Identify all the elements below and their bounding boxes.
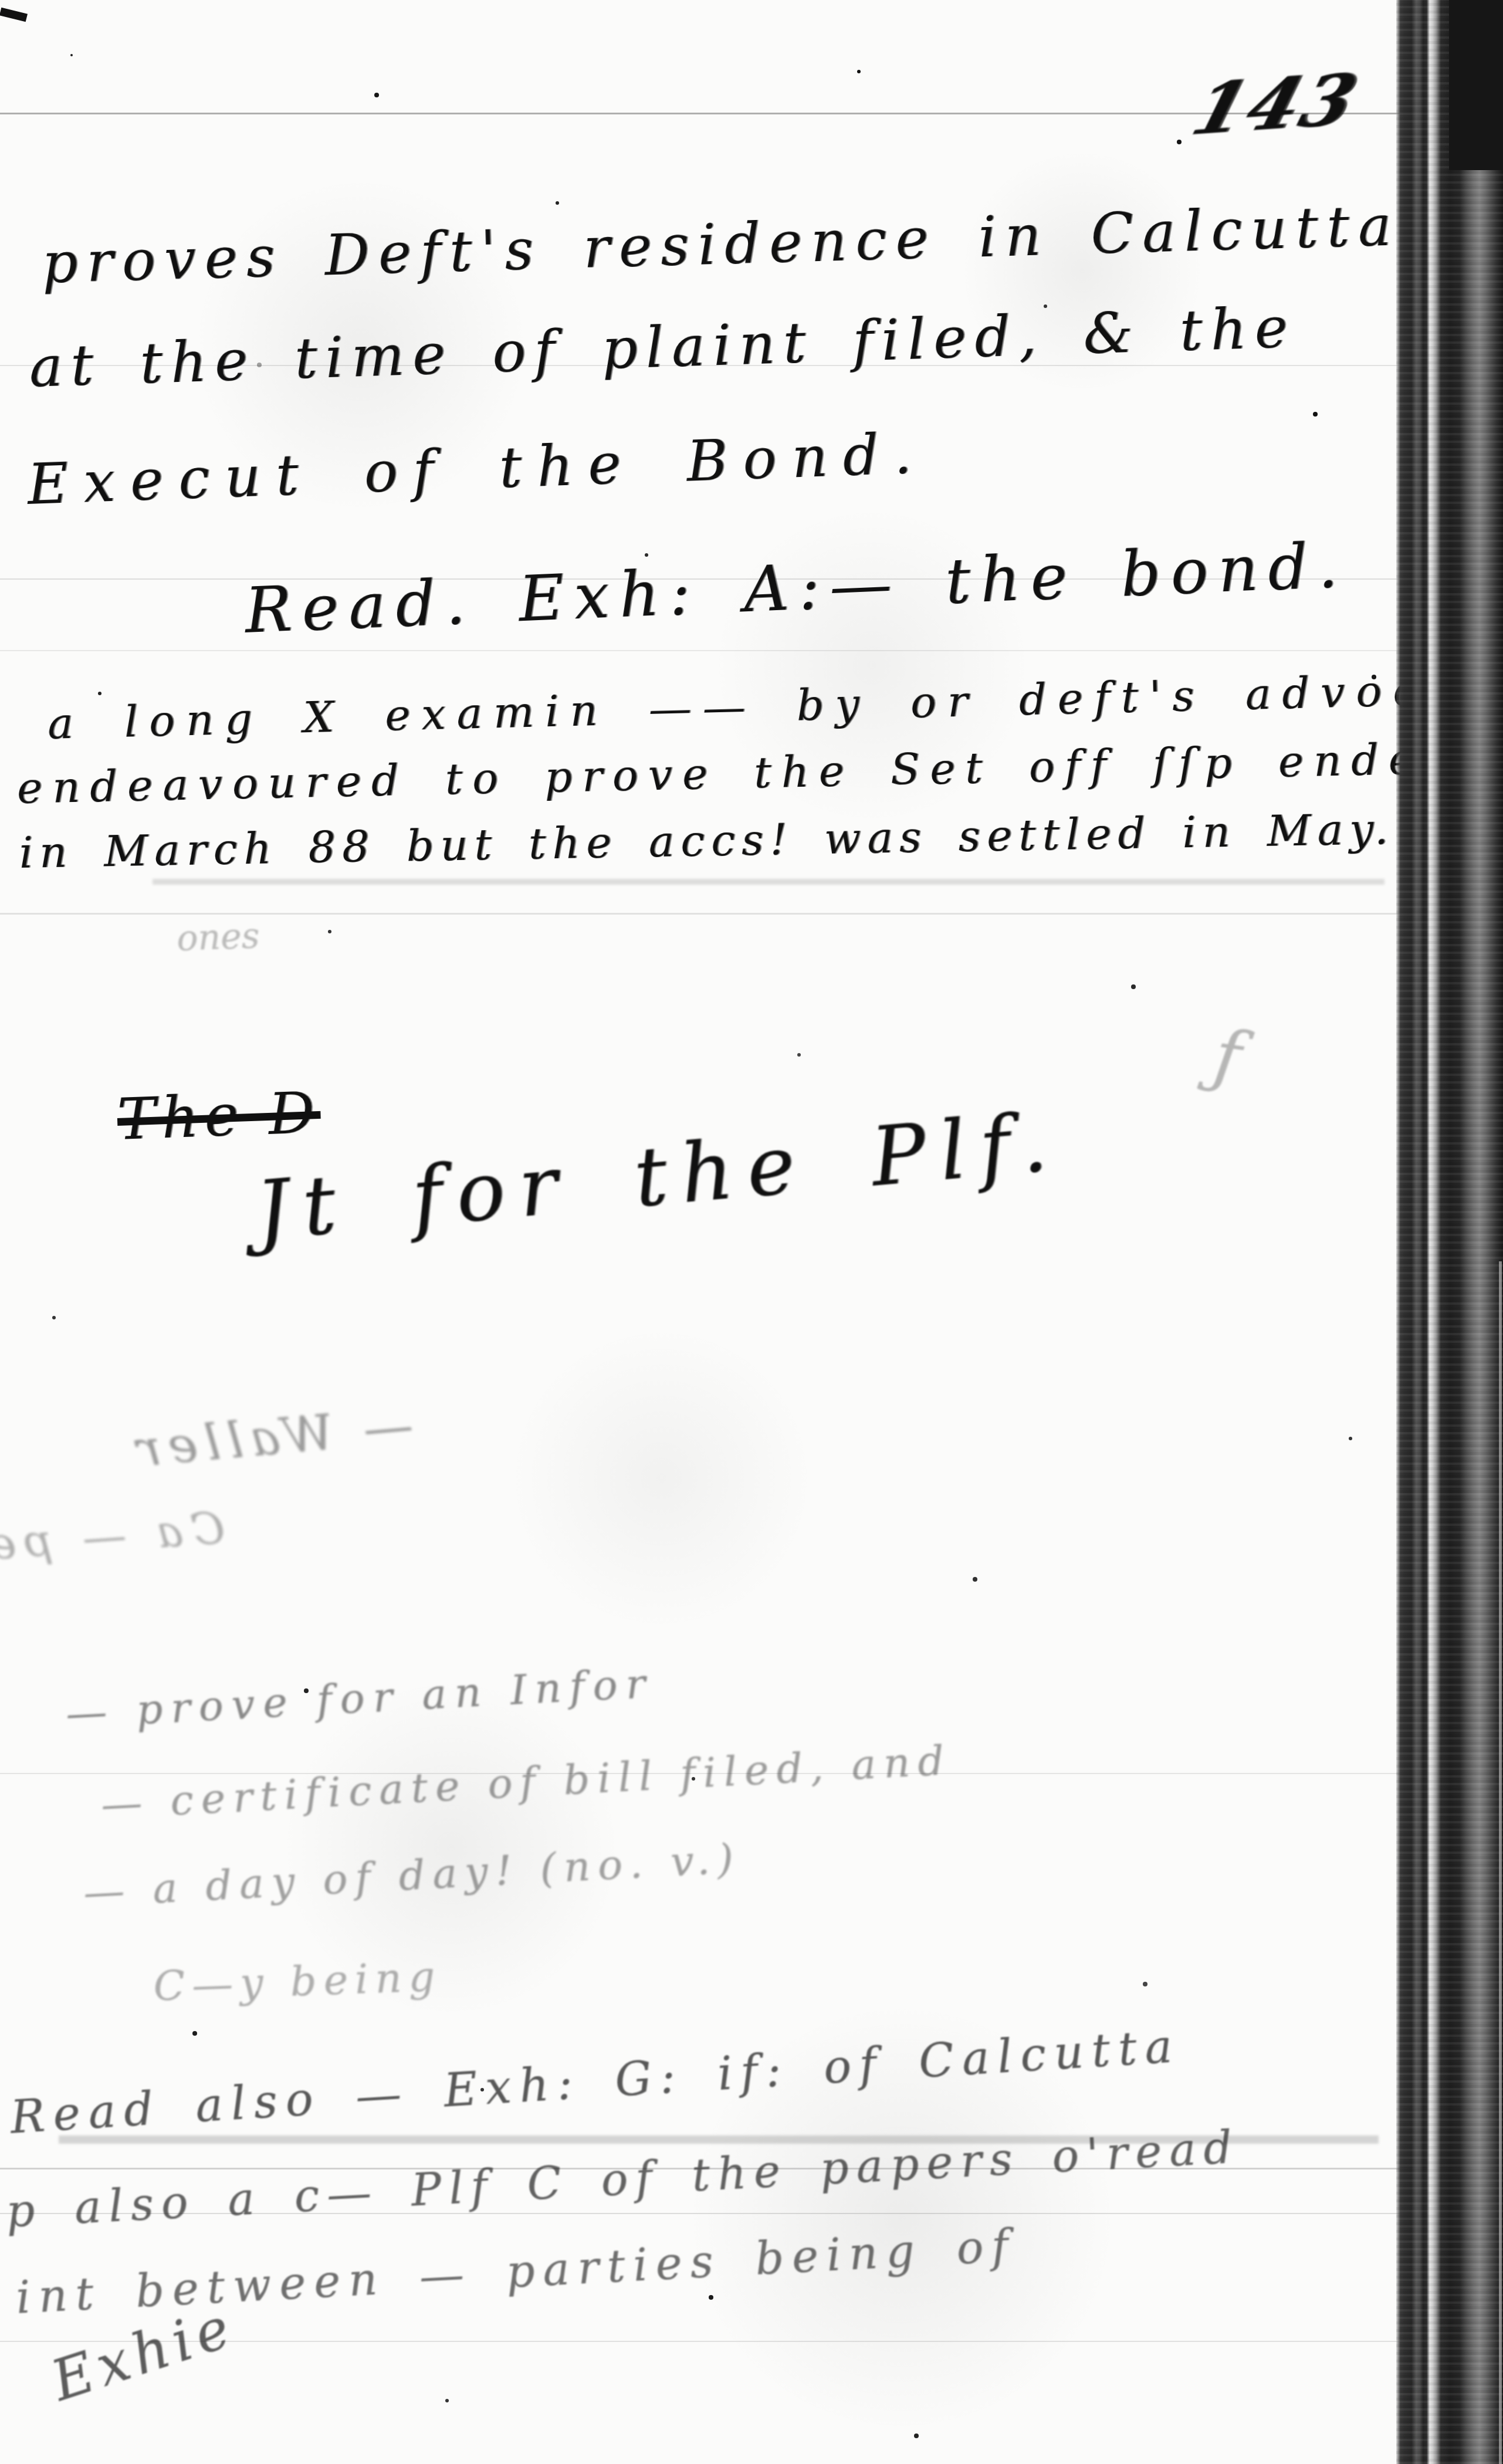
bleed-fragment: C—y being — [153, 1952, 442, 2011]
bleed-fragment: — a day of day! (no. v.) — [82, 1834, 742, 1917]
bleed-fragment-flourish: ƒ — [1209, 1015, 1246, 1099]
bottom-fragment: int between — parties being of — [15, 2219, 1018, 2324]
handwritten-line-7: in March 88 but the accs! was settled in… — [19, 803, 1475, 878]
ink-smudge — [153, 879, 1384, 885]
binding-strip — [1396, 0, 1503, 2464]
bleed-fragment-mirrored: — Waller — [128, 1396, 416, 1479]
page-number: 143 — [1183, 58, 1369, 151]
handwritten-line-4: Read. Exh: A:— the bond. — [243, 529, 1349, 647]
bleed-fragment: — certificate of bill filed, and — [100, 1736, 953, 1829]
handwritten-line-5: a long X examin —— by or deft's advocate — [47, 663, 1503, 749]
bleed-fragment: — prove for an Infor — [65, 1659, 655, 1738]
handwritten-line-3: Execut of the Bond. — [26, 421, 927, 517]
binding-strip-dark-top — [1449, 0, 1503, 170]
manuscript-page: 143 proves Deft's residence in Calcutta … — [0, 0, 1503, 2464]
strikethrough-text: The D — [116, 1079, 321, 1153]
bleed-fragment: ones — [176, 915, 260, 959]
bleed-fragment-mirrored: Ca — personal — — [0, 1502, 226, 1589]
scan-line — [0, 650, 1503, 651]
ink-speckles — [70, 54, 73, 56]
scan-line — [0, 913, 1503, 915]
bottom-fragment: Read also — Exh: G: if: of Calcutta — [9, 2020, 1182, 2144]
edge-mark — [0, 8, 28, 22]
judgment-line: Jt for the Plf. — [252, 1094, 1064, 1258]
handwritten-line-6: endeavoured to prove the Set off ſſp end… — [16, 733, 1461, 814]
handwritten-line-1: proves Deft's residence in Calcutta — [41, 194, 1401, 296]
handwritten-line-2: at the time of plaint filed, & the — [28, 296, 1296, 400]
binding-strip-highlight — [1499, 1261, 1502, 2464]
